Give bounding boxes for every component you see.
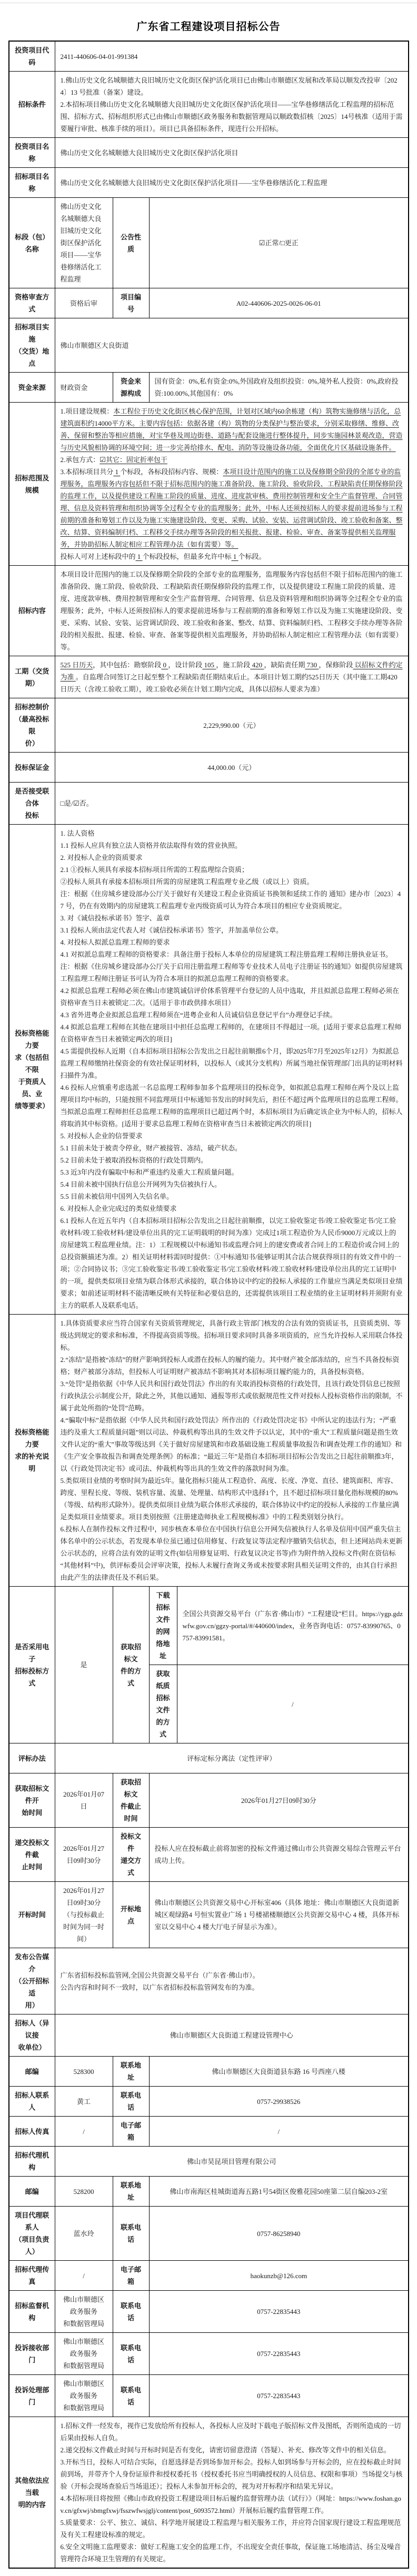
- tenderer-address-value: 佛山市顺德区大良街道县东路 16 号西座八楼: [149, 2057, 409, 2087]
- agency-postcode-value-text: 528200: [61, 2186, 107, 2198]
- supervision-authority-value-text: 和数据管理局: [61, 2318, 107, 2330]
- section-package-name-label: 标段（包）名称: [9, 198, 55, 288]
- bidder-qualification-value-text: 6. 对投标人企业完成过的类似业绩要求: [61, 1202, 403, 1215]
- construction-period-value: 525 日历天，其中包括：勘察阶段 0 ，设计阶段 105 ，施工阶段 420 …: [55, 656, 409, 698]
- agency-fax-value: /: [55, 2261, 113, 2291]
- announcement-media-label-text: 发布公告媒介: [15, 1951, 49, 1975]
- tenderer-fax-label-text: 招标人传真: [15, 2126, 49, 2138]
- tender-project-name-label: 招标项目名称: [9, 168, 55, 198]
- agency-fax-value-text: /: [61, 2270, 107, 2282]
- announcement-nature-label: 公告性质: [113, 198, 149, 288]
- agency-postcode-label: 邮编: [9, 2177, 55, 2207]
- other-contents-label: 其他依法应当载明的内容: [9, 2417, 55, 2569]
- paper-documents-value-text: /: [183, 1698, 403, 1710]
- paper-documents-label-text: 招标文件: [155, 1692, 172, 1716]
- tenderer-address-value-text: 佛山市顺德区大良街道县东路 16 号西座八楼: [155, 2066, 403, 2078]
- complaint-receiving-phone-label: 联系电话: [113, 2333, 149, 2375]
- bidder-qualification-label-text: 于资质人员、业: [15, 1076, 49, 1100]
- supervision-phone-value-text: 0757-22835443: [155, 2306, 403, 2318]
- paper-documents-label-text: 的方式: [155, 1716, 172, 1740]
- bidder-qualification-value-text: 5.4 目前未被中国执行信息公开网列为失信被执行人。: [61, 1178, 403, 1190]
- section-package-name-value-text: 佛山历史文化名城顺德大良旧城历史文化街区保护活化项目——宝华巷修缮活化工程监理: [61, 201, 107, 285]
- bidder-qualification-value-text: 4.6 投标人应慎重考虑选派一名总监理工程师参加多个监理项目的投标竞争，如拟派总…: [61, 1081, 403, 1130]
- project-number-value-text: A02-440606-2025-0026-06-01: [155, 297, 403, 309]
- implementation-location-label-text: 招标项目实施: [15, 321, 49, 345]
- announcement-media-label-text: （公开招标适: [15, 1975, 49, 1999]
- agency-label-text: 招标代理机构: [15, 2149, 49, 2173]
- obtain-documents-method-label-text: 获取招标文: [118, 1641, 144, 1665]
- consortium-bidding-label-text: 是否接受联合体: [15, 785, 49, 809]
- tenderer-contact-value-text: 黄工: [61, 2096, 107, 2108]
- announcement-media-value-text: 广东省招标投标监管网,全国公共资源交易平台（广东省·佛山市）。: [61, 1969, 403, 1981]
- tenderer-phone-value-text: 0757-29938526: [155, 2096, 403, 2108]
- other-contents-value-text: 5.质量要求：公平、独立、诚信、科学地开展建设工程监理与相关服务工作，并应符合国…: [61, 2517, 403, 2541]
- qualification-review-method-label: 资格审查方式: [9, 288, 55, 318]
- download-url-value: 全国公共资源交易平台（广东省·佛山市）“工程建设”栏目。https://ygp.…: [177, 1587, 409, 1665]
- download-url-value-text: 全国公共资源交易平台（广东省·佛山市）“工程建设”栏目。https://ygp.…: [183, 1608, 403, 1644]
- agency-value-text: 佛山市昊昆项目管理有限公司: [61, 2156, 403, 2168]
- implementation-location-label-text: （交货）地点: [15, 345, 49, 369]
- other-contents-value-text: 2.递交投标文件截止时间与开标时间是否有变化，请密切留意澄清（答疑）、补充、修改…: [61, 2444, 403, 2456]
- tender-scope-scale-value-text: 2.承包方式：☑其它：固定折率包干: [61, 454, 403, 466]
- bid-submission-method-label-text: 投标文件: [118, 1830, 144, 1855]
- bidder-qualification-value-text: 2.1 ①投标人须具有承接本招标项目所需的工程监理综合资质；: [61, 864, 403, 876]
- other-contents-value-text: 3.开标当日，投标人可结合实际，自愿选择是否到场参加开标会。投标人如到场参与开标…: [61, 2456, 403, 2492]
- electronic-bidding-value-text: 是: [61, 1659, 107, 1671]
- announcement-media-label: 发布公告媒介（公开招标适用）: [9, 1948, 55, 2014]
- bidder-qualification-value-text: 5.2 目前未处于被取消投标资格的行政处罚期内。: [61, 1154, 403, 1166]
- agency-contact-value: 蓝水玲: [55, 2207, 113, 2261]
- tenderer-address-label-text: 联系地址: [118, 2059, 144, 2083]
- bid-submission-method-value-text: 投标人应在投标截止前将加密的投标文件通过佛山市公共资源交易综合管理云平台成功上传…: [155, 1842, 403, 1867]
- agency-postcode-value: 528200: [55, 2177, 113, 2207]
- bidder-qualification-value-text: 4.3 省外进粤企业拟派总监理工程师须在“进粤企业和人员诚信信息登记平台”办理登…: [61, 1009, 403, 1021]
- bidder-qualification-value-text: 5. 对投标人企业的信誉要求: [61, 1130, 403, 1142]
- tenderer-postcode-value-text: 528300: [61, 2066, 107, 2078]
- tenderer-contact-label-text: 招标人联系人: [15, 2089, 49, 2113]
- bidder-qualification-value-text: 2. 对投标人企业的资质要求: [61, 851, 403, 864]
- tenderer-fax-label: 招标人传真: [9, 2117, 55, 2147]
- bidder-qualification-value-text: 1. 法人资格: [61, 827, 403, 839]
- other-contents-value-text: 4.本招标项目将按照《佛山市政府投资工程建设项目标后履约监督管理办法（试行）》（…: [61, 2492, 403, 2517]
- bid-submission-deadline-value-text: 2026年01月27日09时30分: [61, 1842, 107, 1867]
- agency-fax-label: 招标代理传真: [9, 2261, 55, 2291]
- qualification-supplementary-value-text: 5.类似项目业绩的考察时间为最近5年。量化指标只能从工程造价、高度、长度、净宽、…: [61, 1475, 403, 1523]
- agency-phone-label-text: 联系电话: [118, 2221, 144, 2246]
- bidder-qualification-value-text: 3.1 投标人须由法定代表人对《诚信投标承诺书》签字，并加盖单位公章。: [61, 924, 403, 936]
- fund-composition-label: 资金来源构成: [113, 373, 149, 403]
- other-contents-value: 1.招标文件一经发布，视作已发放给所有投标人，各投标人应及时下载电子版招标文件及…: [55, 2417, 409, 2569]
- bid-opening-location-label-text: 开标地点: [118, 1903, 144, 1927]
- paper-documents-label-text: 获取纸质: [155, 1668, 172, 1692]
- agency-address-label: 联系地址: [113, 2177, 149, 2207]
- tender-project-name-value: 佛山历史文化名城顺德大良旧城历史文化街区保护活化项目——宝华巷修缮活化工程监理: [55, 168, 409, 198]
- tender-conditions-value-text: 2.本招标项目佛山历史文化名城顺德大良旧城历史文化街区保护活化项目——宝华巷修缮…: [61, 98, 403, 135]
- complaint-handling-phone-value-text: 0757-22835443: [155, 2390, 403, 2402]
- bid-bond-label-text: 投标保证金: [15, 761, 49, 774]
- complaint-handling-phone-label-text: 联系电话: [118, 2384, 144, 2408]
- agency-email-label: 电子邮箱: [113, 2261, 149, 2291]
- bid-opening-location-label: 开标地点: [113, 1882, 149, 1948]
- complaint-receiving-phone-value: 0757-22835443: [149, 2333, 409, 2375]
- complaint-handling-phone-value: 0757-22835443: [149, 2375, 409, 2417]
- fund-source-label-text: 资金来源: [15, 382, 49, 394]
- construction-period-label-text: 工期（交货期）: [15, 665, 49, 689]
- agency-label: 招标代理机构: [9, 2147, 55, 2177]
- consortium-bidding-label-text: 投标: [15, 809, 49, 821]
- announcement-media-label-text: 用）: [15, 1999, 49, 2011]
- bid-opening-time-value-text: 2026年01月27日09时30分（与投标截止时间为同一时间）: [61, 1885, 107, 1945]
- consortium-bidding-value-text: □是/☑否。: [61, 797, 403, 809]
- download-url-label-text: 文件的网: [155, 1613, 172, 1638]
- section-package-name-label-text: 标段（包）名称: [15, 231, 49, 255]
- qualification-review-method-value-text: 资格后审: [61, 297, 107, 309]
- bidder-qualification-label-text: 求（包括但不限: [15, 1051, 49, 1076]
- bidder-qualification-value-text: 4.2 拟派总监理工程师必须在佛山市建筑诚信评价体系管理平台登记的人员中选取，并…: [61, 985, 403, 1009]
- other-contents-value-text: 6.安全文明施工监理要求：做好工程施工安全的监理工作，不出现安全责任事故，保证施…: [61, 2541, 403, 2565]
- electronic-bidding-label: 是否采用电子招标投标方式: [9, 1587, 55, 1743]
- supervision-authority-label-text: 招标监督机构: [15, 2300, 49, 2324]
- tenderer-label-text: 收单位）: [15, 2041, 49, 2053]
- qualification-supplementary-value-text: 2.“冻结”是指被“冻结”的财产影响到投标人或潜在投标人的履约能力。其中财产被全…: [61, 1354, 403, 1378]
- complaint-handling-value-text: 佛山市顺德区政务服务: [61, 2378, 107, 2402]
- tender-scope-scale-value-text: 3.本招标项目共分 1 个标段，各标段招标内容、规模：本项目设计范围内的施工以及…: [61, 466, 403, 550]
- bidder-qualification-value-text: 4.5 需提供投标人近期（自本招标项目招标公告发出之日起往前顺推6个月，即202…: [61, 1045, 403, 1081]
- electronic-bidding-label-text: 招标投标方式: [15, 1665, 49, 1689]
- announcement-table: 投资项目代码2411-440606-04-01-991384招标条件1.佛山历史…: [8, 41, 409, 2569]
- construction-period-value-text: 525 日历天，其中包括：勘察阶段 0 ，设计阶段 105 ，施工阶段 420 …: [61, 659, 403, 695]
- agency-value: 佛山市昊昆项目管理有限公司: [55, 2147, 409, 2177]
- fund-source-label: 资金来源: [9, 373, 55, 403]
- complaint-handling-phone-label: 联系电话: [113, 2375, 149, 2417]
- other-contents-label-text: 其他依法应当载: [15, 2474, 49, 2499]
- bidder-qualification-value-text: 5.5 目前未被信用中国列入失信名单。: [61, 1190, 403, 1202]
- doc-obtain-start-label: 获取招标文件开始时间: [9, 1773, 55, 1828]
- download-url-label-text: 络地址: [155, 1638, 172, 1662]
- paper-documents-value: /: [177, 1665, 409, 1743]
- project-number-value: A02-440606-2025-0026-06-01: [149, 288, 409, 318]
- fund-composition-value: 国有资金：0%,私有资金:0%,外国政府及组织投资：0%,境外私人投资：0%,政…: [149, 373, 409, 403]
- tenderer-contact-label: 招标人联系人: [9, 2087, 55, 2117]
- bidder-qualification-label-text: 绩等要求）: [15, 1100, 49, 1112]
- tender-conditions-label-text: 招标条件: [15, 98, 49, 111]
- agency-email-value: haokunzb@126.com: [149, 2261, 409, 2291]
- bid-opening-time-label-text: 开标时间: [15, 1909, 49, 1921]
- qualification-supplementary-label-text: 求的补充说明: [15, 1450, 49, 1475]
- qualification-supplementary-value-text: 4.“骗取中标”是指依据《中华人民共和国行政处罚法》所作出的《行政处罚决定书》中…: [61, 1414, 403, 1475]
- tenderer-phone-label-text: 联系电话: [118, 2089, 144, 2113]
- tenderer-label: 招标人（异议接收单位）: [9, 2014, 55, 2057]
- download-url-label-text: 下载招标: [155, 1589, 172, 1613]
- agency-phone-label: 联系电话: [113, 2207, 149, 2261]
- bid-submission-deadline-label-text: 止时间: [15, 1861, 49, 1873]
- tenderer-email-value: /: [149, 2117, 409, 2147]
- announcement-media-value: 广东省招标投标监管网,全国公共资源交易平台（广东省·佛山市）。公告内容和时间不一…: [55, 1948, 409, 2014]
- agency-contact-label-text: 项目代理联系人: [15, 2209, 49, 2233]
- section-package-name-value: 佛山历史文化名城顺德大良旧城历史文化街区保护活化项目——宝华巷修缮活化工程监理: [55, 198, 113, 288]
- doc-obtain-deadline-value-text: 2026年01月27日09时30分: [155, 1795, 403, 1807]
- investment-project-code-label: 投资项目代码: [9, 41, 55, 72]
- investment-project-code-value-text: 2411-440606-04-01-991384: [61, 51, 403, 63]
- bidder-qualification-value-text: 5.1 目前未处于被责令停业，财产被接管、冻结，破产状态。: [61, 1142, 403, 1154]
- download-url-label: 下载招标文件的网络地址: [149, 1587, 177, 1665]
- obtain-documents-method-label-text: 件的方式: [118, 1665, 144, 1689]
- tender-control-price-label-text: 价）: [15, 737, 49, 749]
- agency-address-value: 佛山市南海区桂城街道海五路1号54街区俊雅花园50座第二层自编203-2室: [149, 2177, 409, 2207]
- investment-project-code-value: 2411-440606-04-01-991384: [55, 41, 409, 72]
- construction-period-label: 工期（交货期）: [9, 656, 55, 698]
- electronic-bidding-value: 是: [55, 1587, 113, 1743]
- evaluation-method-label: 评标办法: [9, 1743, 55, 1773]
- agency-phone-value: 0757-86258940: [149, 2207, 409, 2261]
- doc-obtain-deadline-label: 获取招标文件截止时间: [113, 1773, 149, 1828]
- announcement-nature-value: ☑正常/□更正: [149, 198, 409, 288]
- fund-source-value: 财政资金: [55, 373, 113, 403]
- investment-project-name-value: 佛山历史文化名城顺德大良旧城历史文化街区保护活化项目: [55, 138, 409, 168]
- complaint-handling-label-text: 投诉处理部门: [15, 2384, 49, 2408]
- agency-fax-label-text: 招标代理传真: [15, 2263, 49, 2288]
- complaint-receiving-label: 投诉接收部门: [9, 2333, 55, 2375]
- implementation-location-value-text: 佛山市顺德区大良街道: [61, 339, 403, 352]
- tenderer-phone-label: 联系电话: [113, 2087, 149, 2117]
- agency-contact-label: 项目代理联系人（项目负责人）: [9, 2207, 55, 2261]
- bidder-qualification-value-text: 4.1 对拟派总监理工程师的资格要求：具备注册于投标人本单位的房屋建筑工程注册监…: [61, 948, 403, 960]
- fund-composition-label-text: 资金来源构成: [118, 375, 144, 399]
- tender-scope-scale-label-text: 招标范围及规模: [15, 472, 49, 496]
- bid-submission-deadline-value: 2026年01月27日09时30分: [55, 1828, 113, 1882]
- complaint-handling-label: 投诉处理部门: [9, 2375, 55, 2417]
- supervision-authority-label: 招标监督机构: [9, 2291, 55, 2333]
- tenderer-postcode-label-text: 邮编: [15, 2066, 49, 2078]
- bidder-qualification-value-text: 3. 对《诚信投标承诺书》签字、盖章: [61, 912, 403, 924]
- consortium-bidding-label: 是否接受联合体投标: [9, 783, 55, 825]
- bidder-qualification-value-text: 4. 对投标人拟派总监理工程师的要求: [61, 936, 403, 948]
- tender-control-price-value-text: 2,229,990.00（元）: [61, 719, 403, 731]
- tender-conditions-value-text: 1.佛山历史文化名城顺德大良旧城历史文化街区保护活化项目已由佛山市顺德区发展和改…: [61, 74, 403, 98]
- investment-project-name-label-text: 投资项目名称: [15, 141, 49, 165]
- tenderer-contact-value: 黄工: [55, 2087, 113, 2117]
- implementation-location-value: 佛山市顺德区大良街道: [55, 318, 409, 373]
- bid-bond-label: 投标保证金: [9, 753, 55, 783]
- tender-scope-scale-value-text: 1.项目建设规模：本工程位于历史文化街区核心保护范围，计划对区域内60余栋建（构…: [61, 405, 403, 454]
- doc-obtain-deadline-value: 2026年01月27日09时30分: [149, 1773, 409, 1828]
- complaint-receiving-value: 佛山市顺德区政务服务和数据管理局: [55, 2333, 113, 2375]
- bid-opening-location-value-text: 佛山市顺德区公共资源交易中心开标室406（具体 地址：佛山市顺德区大良街道新城区…: [155, 1897, 403, 1933]
- agency-postcode-label-text: 邮编: [15, 2186, 49, 2198]
- tender-project-name-label-text: 招标项目名称: [15, 171, 49, 195]
- tender-content-value-text: 本项目设计范围内的施工以及保修期全阶段的全部专业的监理服务，监理服务内容包括但不…: [61, 568, 403, 653]
- tender-content-value: 本项目设计范围内的施工以及保修期全阶段的全部专业的监理服务，监理服务内容包括但不…: [55, 566, 409, 656]
- bid-opening-time-label: 开标时间: [9, 1882, 55, 1948]
- consortium-bidding-value: □是/☑否。: [55, 783, 409, 825]
- supervision-authority-value: 佛山市顺德区政务服务和数据管理局: [55, 2291, 113, 2333]
- bidder-qualification-value-text: 注：根据《住房城乡建设部办公厅关于启用注册监理工程师等专业技术人员电子注册证书的…: [61, 960, 403, 985]
- supervision-authority-value-text: 佛山市顺德区政务服务: [61, 2293, 107, 2318]
- investment-project-code-label-text: 投资项目代码: [15, 44, 49, 68]
- announcement-media-value-text: 公告内容和时间不一致时，以广东省招标投标监管网发布的为准。: [61, 1981, 403, 1993]
- evaluation-method-value: 评标定标分离法（定性评审）: [55, 1743, 409, 1773]
- other-contents-value-text: 1.招标文件一经发布，视作已发放给所有投标人，各投标人应及时下载电子版招标文件及…: [61, 2420, 403, 2444]
- tender-project-name-value-text: 佛山历史文化名城顺德大良旧城历史文化街区保护活化项目——宝华巷修缮活化工程监理: [61, 177, 403, 189]
- bidder-qualification-label-text: 投标资格能力要: [15, 1027, 49, 1051]
- tenderer-postcode-label: 邮编: [9, 2057, 55, 2087]
- tender-content-label-text: 招标内容: [15, 605, 49, 617]
- supervision-phone-label-text: 联系电话: [118, 2300, 144, 2324]
- agency-contact-value-text: 蓝水玲: [61, 2228, 107, 2240]
- complaint-handling-value-text: 和数据管理局: [61, 2402, 107, 2414]
- page-title: 广东省工程建设项目招标公告: [0, 18, 417, 33]
- bidder-qualification-value: 1. 法人资格1.1 投标人应具有独立法人资格并依法取得有效的营业执照。2. 对…: [55, 825, 409, 1315]
- bid-submission-method-label-text: 递交方式: [118, 1855, 144, 1879]
- investment-project-name-value-text: 佛山历史文化名城顺德大良旧城历史文化街区保护活化项目: [61, 147, 403, 159]
- complaint-receiving-value-text: 和数据管理局: [61, 2360, 107, 2372]
- bidder-qualification-label: 投标资格能力要求（包括但不限于资质人员、业绩等要求）: [9, 825, 55, 1315]
- tender-control-price-label-text: （最高投标限: [15, 713, 49, 737]
- doc-obtain-deadline-label-text: 获取招标文: [118, 1776, 144, 1800]
- other-contents-label-text: 明的内容: [15, 2499, 49, 2511]
- qualification-review-method-label-text: 资格审查方式: [15, 291, 49, 315]
- qualification-supplementary-label: 投标资格能力要求的补充说明: [9, 1315, 55, 1587]
- qualification-supplementary-value-text: 1.具体资质要求应当符合国家有关资质管理规定，具备行政主管部门核发的合法有效的资…: [61, 1317, 403, 1354]
- bid-submission-deadline-label: 递交投标文件截止时间: [9, 1828, 55, 1882]
- tender-control-price-label: 招标控制价（最高投标限价）: [9, 698, 55, 753]
- investment-project-name-label: 投资项目名称: [9, 138, 55, 168]
- supervision-phone-label: 联系电话: [113, 2291, 149, 2333]
- tenderer-phone-value: 0757-29938526: [149, 2087, 409, 2117]
- qualification-review-method-value: 资格后审: [55, 288, 113, 318]
- complaint-receiving-label-text: 投诉接收部门: [15, 2342, 49, 2366]
- project-number-label-text: 项目编号: [118, 291, 144, 315]
- bidder-qualification-value-text: ②投标人须具有承接本招标项目所需的房屋建筑工程监理专业乙级（或以上）资质。: [61, 876, 403, 888]
- page-top-divider: [0, 0, 417, 3]
- bid-bond-value: 44,000.00（元）: [55, 753, 409, 783]
- bid-submission-deadline-label-text: 递交投标文件截: [15, 1837, 49, 1861]
- tender-control-price-label-text: 招标控制价: [15, 701, 49, 713]
- evaluation-method-value-text: 评标定标分离法（定性评审）: [61, 1752, 403, 1765]
- agency-contact-label-text: （项目负责人）: [15, 2233, 49, 2258]
- bid-opening-time-value: 2026年01月27日09时30分（与投标截止时间为同一时间）: [55, 1882, 113, 1948]
- tender-control-price-value: 2,229,990.00（元）: [55, 698, 409, 753]
- supervision-phone-value: 0757-22835443: [149, 2291, 409, 2333]
- bidder-qualification-value-text: 注：根据《住房城乡建设部办公厅关于做好有关建设工程企业资质证书换领和延续工作的 …: [61, 888, 403, 912]
- doc-obtain-start-label-text: 始时间: [15, 1807, 49, 1819]
- bid-opening-location-value: 佛山市顺德区公共资源交易中心开标室406（具体 地址：佛山市顺德区大良街道新城区…: [149, 1882, 409, 1948]
- tenderer-address-label: 联系地址: [113, 2057, 149, 2087]
- doc-obtain-deadline-label-text: 件截止时间: [118, 1800, 144, 1825]
- bid-submission-method-label: 投标文件递交方式: [113, 1828, 149, 1882]
- bidder-qualification-value-text: 4.4 拟派总监理工程师在其他在建项目中担任总监理工程师的，在建项目不得超过一项…: [61, 1021, 403, 1045]
- electronic-bidding-label-text: 是否采用电子: [15, 1641, 49, 1665]
- implementation-location-label: 招标项目实施（交货）地点: [9, 318, 55, 373]
- fund-source-value-text: 财政资金: [61, 382, 107, 394]
- announcement-nature-label-text: 公告性质: [118, 231, 144, 255]
- tender-scope-scale-value: 1.项目建设规模：本工程位于历史文化街区核心保护范围，计划对区域内60余栋建（构…: [55, 403, 409, 566]
- complaint-receiving-value-text: 佛山市顺德区政务服务: [61, 2336, 107, 2360]
- bidder-qualification-value-text: 5.3 近3年内没有骗取中标和严重违约及重大工程质量问题。: [61, 1166, 403, 1178]
- doc-obtain-start-label-text: 获取招标文件开: [15, 1782, 49, 1807]
- doc-obtain-start-value-text: 2026年01月07日: [61, 1788, 107, 1812]
- tenderer-email-label: 电子邮箱: [113, 2117, 149, 2147]
- tenderer-value-text: 佛山市顺德区大良街道工程建设管理中心: [61, 2029, 403, 2041]
- announcement-nature-value-text: ☑正常/□更正: [155, 237, 403, 249]
- tenderer-postcode-value: 528300: [55, 2057, 113, 2087]
- qualification-supplementary-value: 1.具体资质要求应当符合国家有关资质管理规定，具备行政主管部门核发的合法有效的资…: [55, 1315, 409, 1587]
- bid-submission-method-value: 投标人应在投标截止前将加密的投标文件通过佛山市公共资源交易综合管理云平台成功上传…: [149, 1828, 409, 1882]
- qualification-supplementary-label-text: 投标资格能力要: [15, 1426, 49, 1450]
- agency-email-label-text: 电子邮箱: [118, 2263, 144, 2288]
- agency-address-label-text: 联系地址: [118, 2179, 144, 2203]
- paper-documents-label: 获取纸质招标文件的方式: [149, 1665, 177, 1743]
- complaint-handling-value: 佛山市顺德区政务服务和数据管理局: [55, 2375, 113, 2417]
- fund-composition-value-text: 国有资金：0%,私有资金:0%,外国政府及组织投资：0%,境外私人投资：0%,政…: [155, 375, 403, 399]
- agency-email-value-text: haokunzb@126.com: [155, 2270, 403, 2282]
- tenderer-fax-value: /: [55, 2117, 113, 2147]
- tender-content-label: 招标内容: [9, 566, 55, 656]
- tender-conditions-label: 招标条件: [9, 72, 55, 138]
- tender-conditions-value: 1.佛山历史文化名城顺德大良旧城历史文化街区保护活化项目已由佛山市顺德区发展和改…: [55, 72, 409, 138]
- tenderer-fax-value-text: /: [61, 2126, 107, 2138]
- bidder-qualification-value-text: 6.1 投标人在近五年内（自本招标项目招标公告发出之日起往前顺推，以完工验收鉴定…: [61, 1215, 403, 1311]
- obtain-documents-method-label: 获取招标文件的方式: [113, 1587, 149, 1743]
- tenderer-value: 佛山市顺德区大良街道工程建设管理中心: [55, 2014, 409, 2057]
- tender-scope-scale-label: 招标范围及规模: [9, 403, 55, 566]
- complaint-receiving-phone-label-text: 联系电话: [118, 2342, 144, 2366]
- tenderer-email-label-text: 电子邮箱: [118, 2119, 144, 2143]
- doc-obtain-start-value: 2026年01月07日: [55, 1773, 113, 1828]
- project-number-label: 项目编号: [113, 288, 149, 318]
- agency-address-value-text: 佛山市南海区桂城街道海五路1号54街区俊雅花园50座第二层自编203-2室: [155, 2186, 403, 2198]
- tenderer-label-text: 招标人（异议接: [15, 2017, 49, 2041]
- evaluation-method-label-text: 评标办法: [15, 1752, 49, 1765]
- tenderer-email-value-text: /: [155, 2126, 403, 2138]
- bid-bond-value-text: 44,000.00（元）: [61, 761, 403, 774]
- tender-scope-scale-value-text: 投标人可对上述标段中的 1 个标段投标，但最多允许中标 1 个标段。: [61, 550, 403, 563]
- bidder-qualification-value-text: 1.1 投标人应具有独立法人资格并依法取得有效的营业执照。: [61, 839, 403, 851]
- complaint-receiving-phone-value-text: 0757-22835443: [155, 2348, 403, 2360]
- agency-phone-value-text: 0757-86258940: [155, 2228, 403, 2240]
- qualification-supplementary-value-text: 6.投标人在制作投标文件过程中，同步核查本单位在中国执行信息公开网失信被执行人名…: [61, 1523, 403, 1583]
- qualification-supplementary-value-text: 3.“处罚”是指依据《中华人民共和国行政处罚法》作出的有关取消投标资格的行政处罚…: [61, 1378, 403, 1414]
